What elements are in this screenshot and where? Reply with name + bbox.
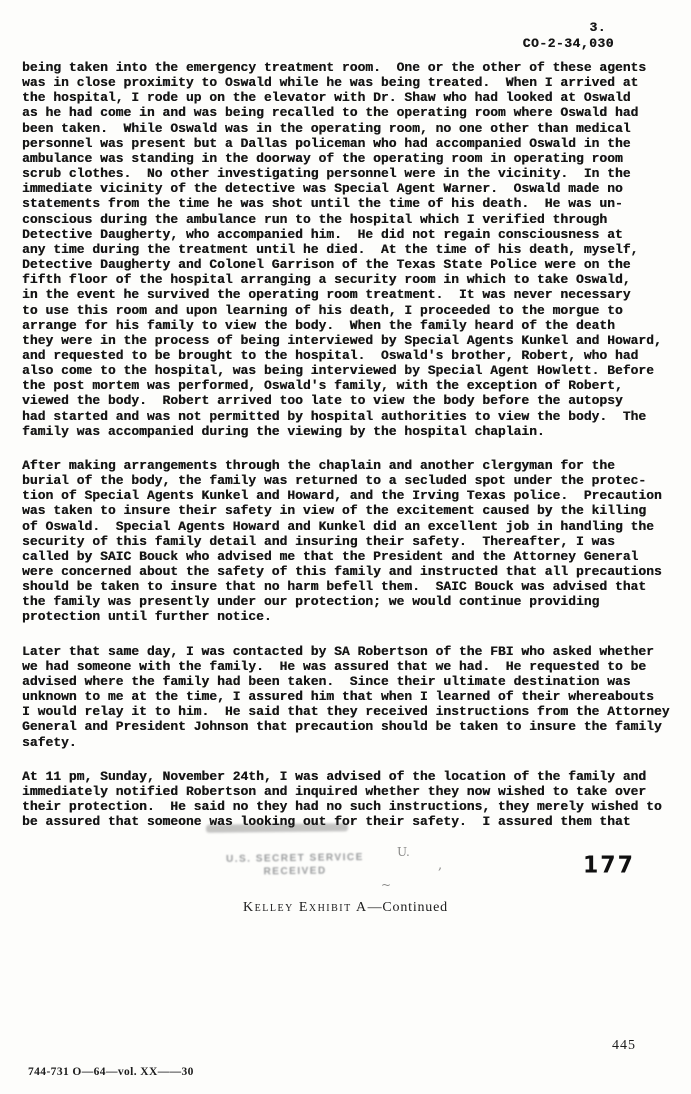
handwritten-mark: ~ [381,878,391,892]
paragraph-1: being taken into the emergency treatment… [22,60,682,439]
paragraph-3: Later that same day, I was contacted by … [22,644,682,750]
exhibit-caption: Kelley Exhibit A—Continued [0,900,691,916]
page-marker: 3. [523,20,614,36]
handwritten-mark: , [438,858,442,873]
received-stamp-line1: U.S. Secret Service [210,851,380,866]
exhibit-caption-suffix: —Continued [368,900,448,915]
document-body: being taken into the emergency treatment… [22,60,682,848]
header-block: 3. CO-2-34,030 [523,20,614,52]
ink-smudge [206,823,348,832]
page-number: 445 [612,1038,636,1054]
handwritten-mark: U. [397,845,410,859]
received-stamp: U.S. Secret Service Received [210,851,380,879]
paragraph-2: After making arrangements through the ch… [22,458,682,625]
document-page: 3. CO-2-34,030 being taken into the emer… [0,0,691,1094]
received-stamp-line2: Received [210,864,380,879]
gpo-print-code: 744-731 O—64—vol. XX——30 [28,1066,194,1078]
exhibit-stamp-number: 177 [583,852,635,878]
paragraph-4: At 11 pm, Sunday, November 24th, I was a… [22,769,682,830]
exhibit-caption-title: Kelley Exhibit A [243,900,368,915]
file-number: CO-2-34,030 [523,36,614,52]
